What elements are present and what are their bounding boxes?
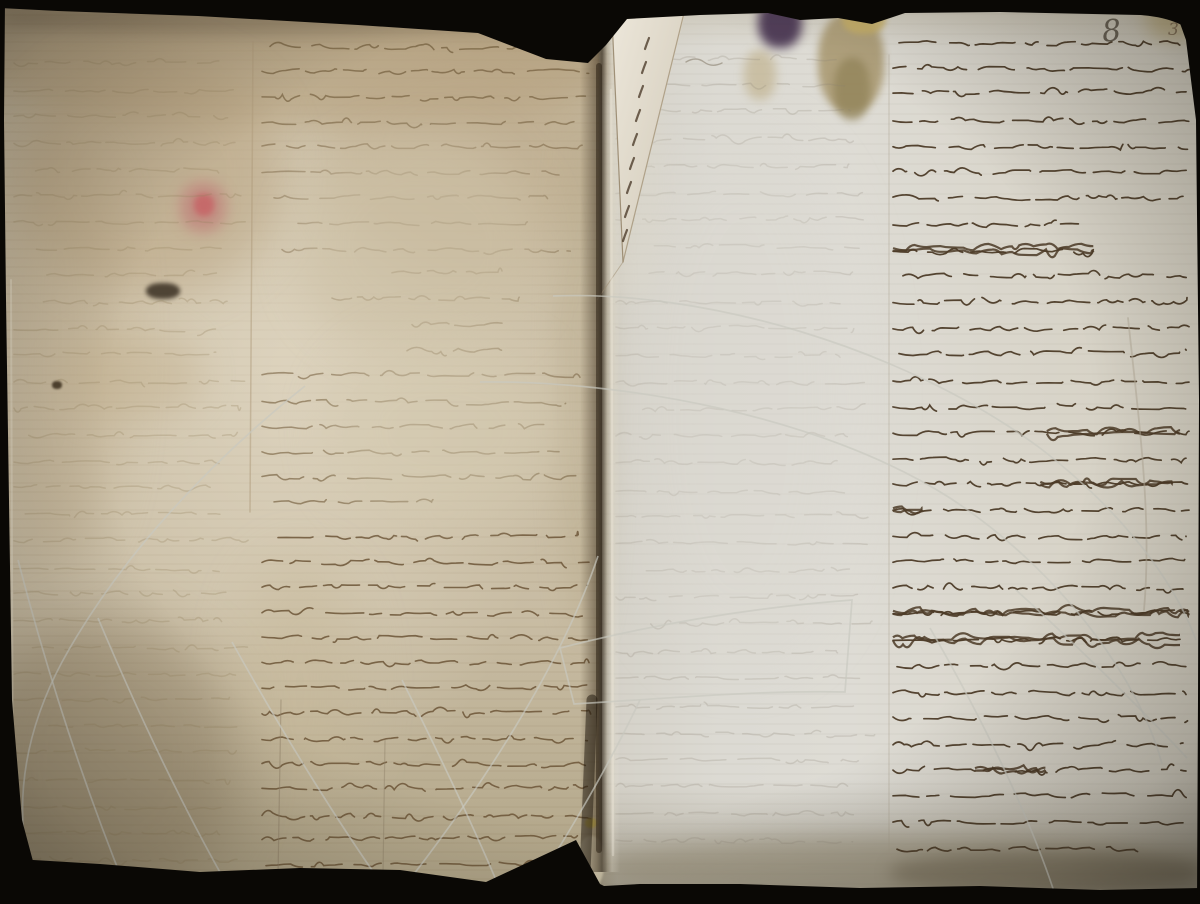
manuscript-photo: 8 3 bbox=[0, 0, 1200, 904]
vignette bbox=[0, 0, 1200, 904]
